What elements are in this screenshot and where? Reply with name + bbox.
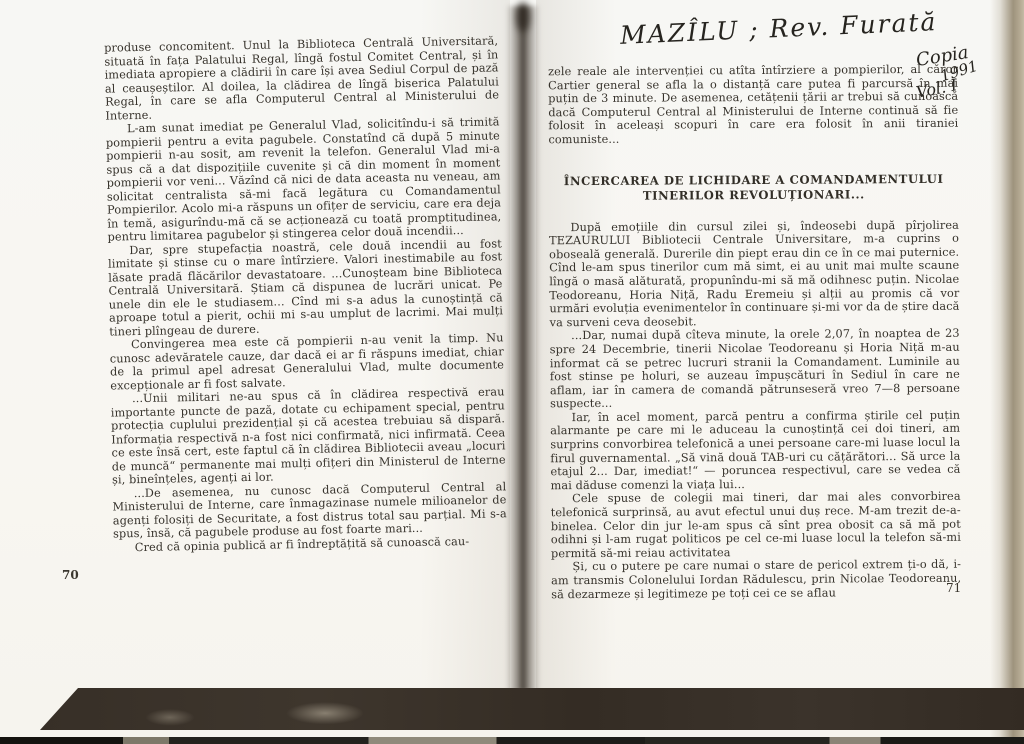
- chapter-heading: ÎNCERCAREA DE LICHIDARE A COMANDAMENTULU…: [549, 171, 959, 204]
- paragraph: ...Unii militari ne-au spus că în clădir…: [110, 385, 506, 487]
- book-bottom-edge: [40, 688, 1024, 730]
- paragraph: Și, cu o putere pe care numai o stare de…: [551, 558, 961, 601]
- paragraph: L-am sunat imediat pe Generalul Vlad, so…: [106, 115, 502, 244]
- paragraph: ...De asemenea, nu cunosc dacă Computeru…: [112, 480, 507, 541]
- paragraph: Convingerea mea este că pompierii n-au v…: [109, 331, 504, 392]
- paragraph: Cele spuse de colegii mai tineri, dar ma…: [551, 490, 961, 560]
- gutter-shadow: [506, 6, 540, 692]
- paragraph: Iar, în acel moment, parcă pentru a conf…: [550, 409, 960, 493]
- page-number-right: 71: [946, 581, 961, 595]
- page-edge-right: [990, 0, 1024, 744]
- paragraph: Dar, spre stupefacția noastră, cele două…: [108, 237, 504, 339]
- paragraph: ...Dar, numai după cîteva minute, la ore…: [550, 327, 960, 411]
- book-scan: MAZÎLU ; Rev. Furată Copia 1991 Vol. I p…: [0, 0, 1024, 744]
- paragraph: zele reale ale intervenției cu atîta înt…: [548, 63, 958, 147]
- chapter-heading-line1: ÎNCERCAREA DE LICHIDARE A COMANDAMENTULU…: [549, 171, 959, 189]
- paragraph: produse concomitent. Unul la Biblioteca …: [104, 34, 499, 122]
- page-number-left: 70: [62, 568, 79, 582]
- right-page-text: zele reale ale intervenției cu atîta înt…: [548, 63, 961, 602]
- left-page-text: produse concomitent. Unul la Biblioteca …: [104, 34, 507, 554]
- scanner-bed-strip: [0, 737, 1024, 744]
- handwritten-annotation-title: MAZÎLU ; Rev. Furată: [620, 7, 938, 50]
- paragraph: După emoțiile din cursul zilei și, îndeo…: [549, 218, 960, 329]
- chapter-heading-line2: TINERILOR REVOLUȚIONARI...: [549, 186, 959, 204]
